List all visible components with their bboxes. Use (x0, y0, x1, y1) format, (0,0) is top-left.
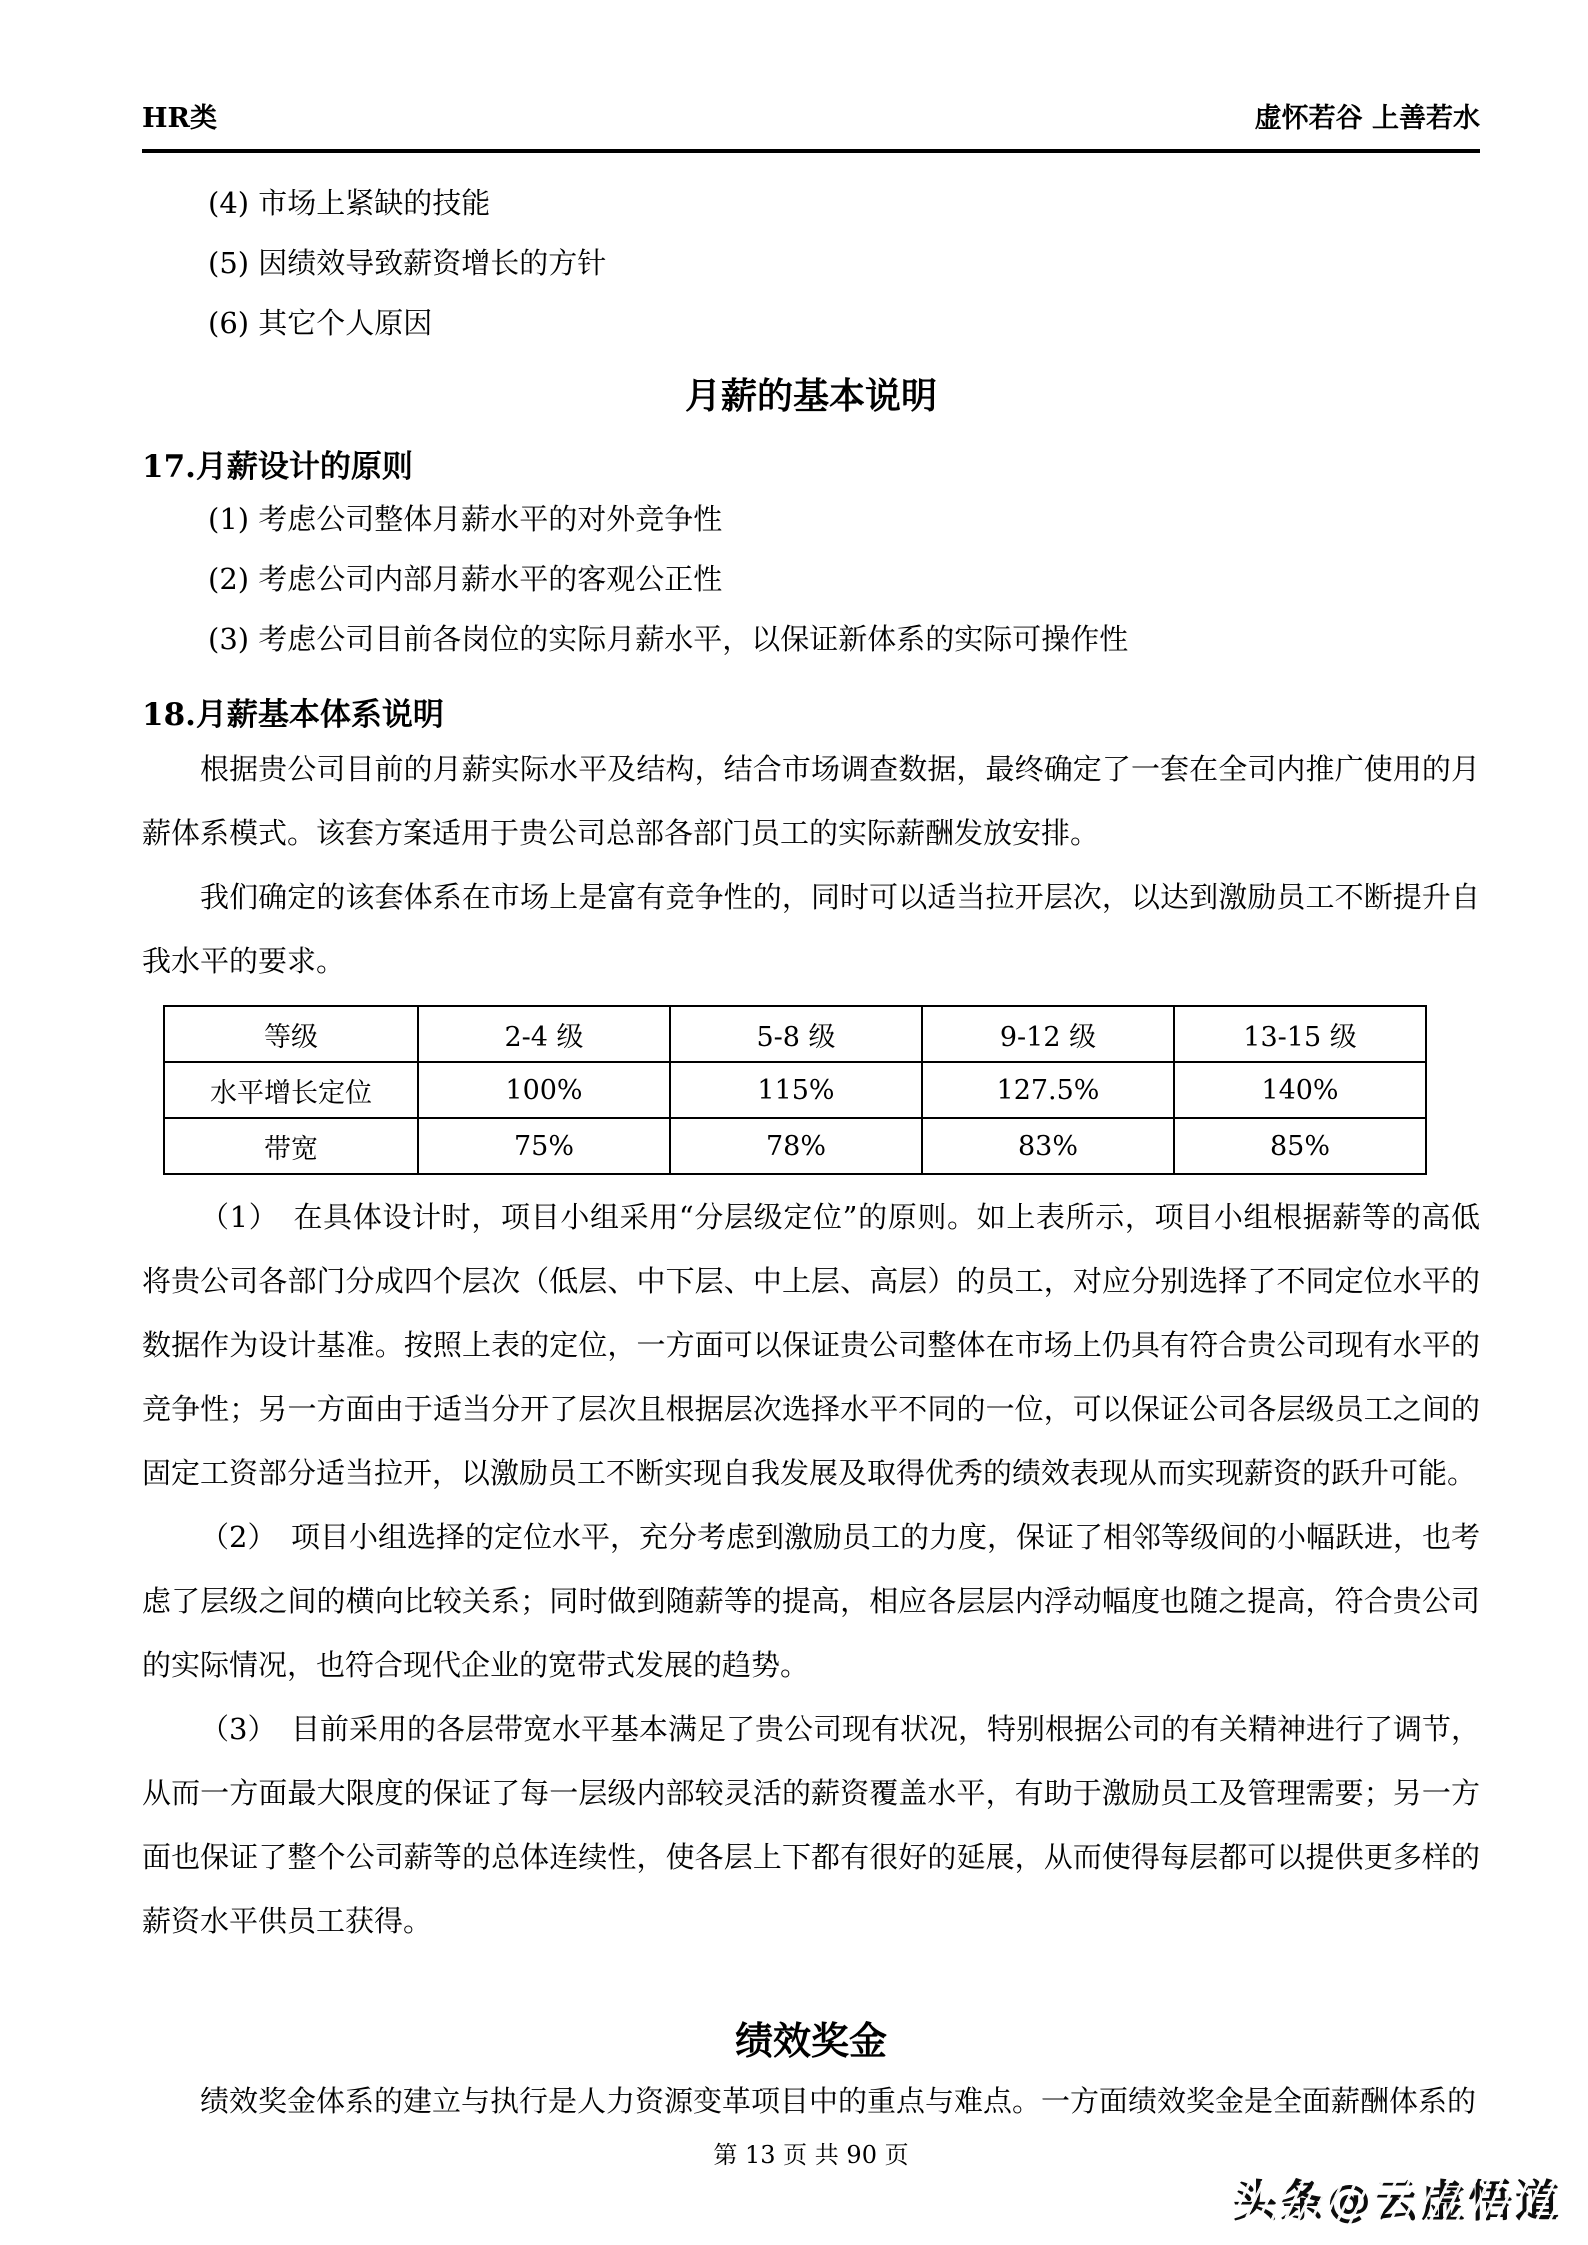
table-cell: 78% (670, 1118, 922, 1174)
header-motto: 虚怀若谷 上善若水 (1255, 96, 1480, 135)
table-header-cell: 等级 (164, 1006, 418, 1062)
list-item: (4) 市场上紧缺的技能 (208, 173, 1480, 233)
paragraph: （3） 目前采用的各层带宽水平基本满足了贵公司现有状况，特别根据公司的有关精神进… (142, 1697, 1480, 1953)
table-cell: 100% (418, 1062, 670, 1118)
list-item: (6) 其它个人原因 (208, 293, 1480, 353)
paragraph: 我们确定的该套体系在市场上是富有竞争性的，同时可以适当拉开层次，以达到激励员工不… (142, 865, 1480, 993)
header-category-label: HR类 (142, 96, 217, 135)
table-header-cell: 2-4 级 (418, 1006, 670, 1062)
table-cell: 83% (922, 1118, 1174, 1174)
table-header-cell: 13-15 级 (1174, 1006, 1426, 1062)
bonus-section-title: 绩效奖金 (142, 2013, 1480, 2069)
header-divider (142, 149, 1480, 153)
table-cell: 85% (1174, 1118, 1426, 1174)
salary-grade-table: 等级 2-4 级 5-8 级 9-12 级 13-15 级 水平增长定位 100… (163, 1005, 1427, 1175)
table-cell: 水平增长定位 (164, 1062, 418, 1118)
table-cell: 75% (418, 1118, 670, 1174)
table-cell: 140% (1174, 1062, 1426, 1118)
table-header-row: 等级 2-4 级 5-8 级 9-12 级 13-15 级 (164, 1006, 1426, 1062)
page-header: HR类 虚怀若谷 上善若水 (142, 96, 1480, 135)
section-17-heading: 17.月薪设计的原则 (142, 445, 1480, 489)
list-item: (2) 考虑公司内部月薪水平的客观公正性 (208, 549, 1480, 609)
document-page: { "header": { "left": "HR类", "right": "虚… (0, 0, 1588, 2245)
watermark: 头条@云虚悟道 (1233, 2165, 1562, 2229)
list-item: (1) 考虑公司整体月薪水平的对外竞争性 (208, 489, 1480, 549)
paragraph: （2） 项目小组选择的定位水平，充分考虑到激励员工的力度，保证了相邻等级间的小幅… (142, 1505, 1480, 1697)
table-cell: 115% (670, 1062, 922, 1118)
page-title: 月薪的基本说明 (142, 371, 1480, 421)
table-cell: 带宽 (164, 1118, 418, 1174)
table-cell: 127.5% (922, 1062, 1174, 1118)
paragraph: （1） 在具体设计时，项目小组采用“分层级定位”的原则。如上表所示，项目小组根据… (142, 1185, 1480, 1505)
table-header-cell: 9-12 级 (922, 1006, 1174, 1062)
section-17-list: (1) 考虑公司整体月薪水平的对外竞争性 (2) 考虑公司内部月薪水平的客观公正… (142, 489, 1480, 669)
section-18-heading: 18.月薪基本体系说明 (142, 693, 1480, 737)
list-item: (3) 考虑公司目前各岗位的实际月薪水平，以保证新体系的实际可操作性 (208, 609, 1480, 669)
paragraph: 根据贵公司目前的月薪实际水平及结构，结合市场调查数据，最终确定了一套在全司内推广… (142, 737, 1480, 865)
table-row: 带宽 75% 78% 83% 85% (164, 1118, 1426, 1174)
table-row: 水平增长定位 100% 115% 127.5% 140% (164, 1062, 1426, 1118)
table-header-cell: 5-8 级 (670, 1006, 922, 1062)
paragraph: 绩效奖金体系的建立与执行是人力资源变革项目中的重点与难点。一方面绩效奖金是全面薪… (142, 2069, 1480, 2133)
intro-list: (4) 市场上紧缺的技能 (5) 因绩效导致薪资增长的方针 (6) 其它个人原因 (142, 173, 1480, 353)
page-content: HR类 虚怀若谷 上善若水 (4) 市场上紧缺的技能 (5) 因绩效导致薪资增长… (0, 0, 1588, 2175)
list-item: (5) 因绩效导致薪资增长的方针 (208, 233, 1480, 293)
